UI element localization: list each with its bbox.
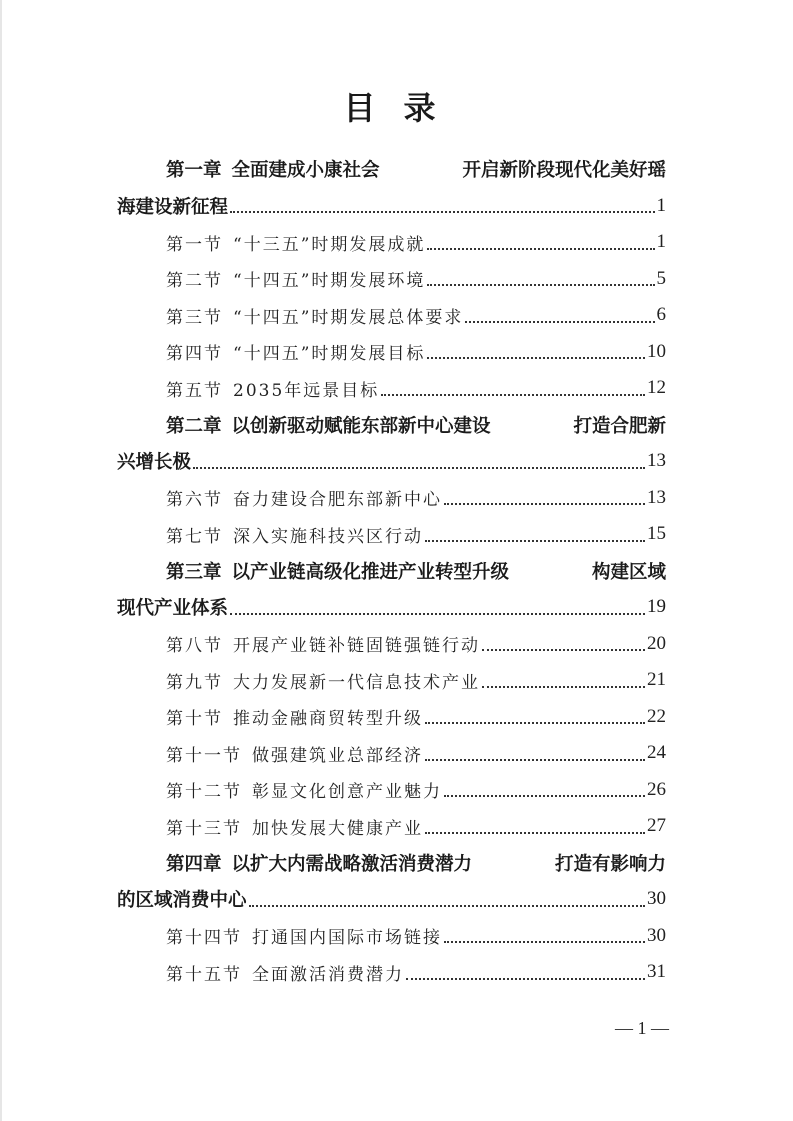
section-number: 第十一节: [166, 741, 242, 766]
toc-section[interactable]: 第三节 “十四五”时期发展总体要求 6: [117, 297, 666, 334]
dot-leader: [482, 685, 645, 688]
page-number: 20: [647, 633, 666, 655]
table-of-contents: 第一章全面建成小康社会 开启新阶段现代化美好瑶 海建设新征程 1 第一节 “十三…: [117, 151, 666, 991]
dot-leader: [425, 539, 645, 542]
toc-section[interactable]: 第七节 深入实施科技兴区行动 15: [117, 516, 666, 553]
page-number: 1: [657, 231, 667, 253]
dot-leader: [425, 758, 645, 761]
page-number: 13: [647, 487, 666, 509]
section-title: 彰显文化创意产业魅力: [252, 777, 442, 802]
chapter-title-wrap: 的区域消费中心: [117, 886, 247, 912]
page-number: 1: [657, 195, 667, 217]
toc-section[interactable]: 第六节 奋力建设合肥东部新中心 13: [117, 480, 666, 517]
chapter-title-wrap: 兴增长极: [117, 448, 191, 474]
toc-chapter-heading[interactable]: 第一章全面建成小康社会 开启新阶段现代化美好瑶: [117, 151, 666, 188]
section-title: 深入实施科技兴区行动: [233, 522, 423, 547]
chapter-title: 以产业链高级化推进产业转型升级: [232, 562, 510, 583]
page-number: 26: [647, 779, 666, 801]
dot-leader: [193, 466, 645, 469]
page-edge: [0, 0, 2, 1121]
toc-chapter-tail[interactable]: 现代产业体系 19: [117, 589, 666, 626]
dot-leader: [482, 648, 645, 651]
section-number: 第三节: [166, 303, 223, 328]
section-number: 第十节: [166, 704, 223, 729]
page-number: 10: [647, 341, 666, 363]
dot-leader: [381, 393, 645, 396]
dot-leader: [425, 721, 645, 724]
toc-chapter-heading[interactable]: 第二章以创新驱动赋能东部新中心建设 打造合肥新: [117, 407, 666, 444]
chapter-title-wrap: 现代产业体系: [117, 594, 228, 620]
dot-leader: [230, 210, 654, 213]
page-number: 24: [647, 742, 666, 764]
dot-leader: [427, 283, 654, 286]
section-number: 第六节: [166, 485, 223, 510]
page-footer-number: — 1 —: [615, 1018, 669, 1039]
page-number: 31: [647, 961, 666, 983]
section-title: 大力发展新一代信息技术产业: [233, 668, 480, 693]
toc-section[interactable]: 第十五节 全面激活消费潜力 31: [117, 954, 666, 991]
dot-leader: [444, 940, 645, 943]
section-number: 第十二节: [166, 777, 242, 802]
chapter-title: 以扩大内需战略激活消费潜力: [232, 854, 473, 875]
toc-section[interactable]: 第二节 “十四五”时期发展环境 5: [117, 261, 666, 298]
toc-section[interactable]: 第十四节 打通国内国际市场链接 30: [117, 918, 666, 955]
dot-leader: [230, 612, 645, 615]
section-number: 第一节: [166, 230, 223, 255]
chapter-title: 以创新驱动赋能东部新中心建设: [232, 416, 491, 437]
section-title: 全面激活消费潜力: [252, 960, 404, 985]
section-title: “十四五”时期发展环境: [233, 266, 425, 291]
section-title: “十四五”时期发展目标: [233, 339, 425, 364]
section-number: 第十四节: [166, 923, 242, 948]
toc-section[interactable]: 第十三节 加快发展大健康产业 27: [117, 808, 666, 845]
section-number: 第四节: [166, 339, 223, 364]
chapter-title-continued: 开启新阶段现代化美好瑶: [462, 156, 666, 182]
toc-chapter-tail[interactable]: 的区域消费中心 30: [117, 881, 666, 918]
dot-leader: [427, 356, 645, 359]
section-title: 加快发展大健康产业: [252, 814, 423, 839]
page-number: 22: [647, 706, 666, 728]
dot-leader: [444, 794, 645, 797]
section-title: 推动金融商贸转型升级: [233, 704, 423, 729]
dot-leader: [465, 320, 654, 323]
page-number: 21: [647, 669, 666, 691]
toc-section[interactable]: 第四节 “十四五”时期发展目标 10: [117, 334, 666, 371]
toc-chapter-heading[interactable]: 第三章以产业链高级化推进产业转型升级 构建区域: [117, 553, 666, 590]
dot-leader: [406, 977, 645, 980]
section-title: 打通国内国际市场链接: [252, 923, 442, 948]
section-title: 2035年远景目标: [233, 376, 379, 401]
section-number: 第二节: [166, 266, 223, 291]
dot-leader: [444, 502, 645, 505]
page-number: 30: [647, 925, 666, 947]
toc-section[interactable]: 第八节 开展产业链补链固链强链行动 20: [117, 626, 666, 663]
page-number: 15: [647, 523, 666, 545]
dot-leader: [425, 831, 645, 834]
chapter-title: 全面建成小康社会: [232, 160, 380, 181]
toc-section[interactable]: 第十二节 彰显文化创意产业魅力 26: [117, 772, 666, 809]
section-number: 第七节: [166, 522, 223, 547]
page-number: 27: [647, 815, 666, 837]
section-title: “十四五”时期发展总体要求: [233, 303, 463, 328]
dot-leader: [427, 247, 654, 250]
section-number: 第十三节: [166, 814, 242, 839]
page-number: 19: [647, 596, 666, 618]
toc-section[interactable]: 第五节 2035年远景目标 12: [117, 370, 666, 407]
section-number: 第五节: [166, 376, 223, 401]
section-title: 做强建筑业总部经济: [252, 741, 423, 766]
toc-section[interactable]: 第一节 “十三五”时期发展成就 1: [117, 224, 666, 261]
chapter-number: 第二章: [166, 416, 222, 437]
section-title: 奋力建设合肥东部新中心: [233, 485, 442, 510]
section-number: 第九节: [166, 668, 223, 693]
toc-chapter-tail[interactable]: 海建设新征程 1: [117, 188, 666, 225]
dot-leader: [249, 904, 645, 907]
section-title: “十三五”时期发展成就: [233, 230, 425, 255]
chapter-number: 第三章: [166, 562, 222, 583]
chapter-number: 第一章: [166, 160, 222, 181]
toc-chapter-tail[interactable]: 兴增长极 13: [117, 443, 666, 480]
chapter-title-continued: 打造有影响力: [555, 850, 666, 876]
chapter-title-wrap: 海建设新征程: [117, 193, 228, 219]
toc-chapter-heading[interactable]: 第四章以扩大内需战略激活消费潜力 打造有影响力: [117, 845, 666, 882]
toc-section[interactable]: 第十节 推动金融商贸转型升级 22: [117, 699, 666, 736]
page-number: 12: [647, 377, 666, 399]
section-number: 第十五节: [166, 960, 242, 985]
chapter-number: 第四章: [166, 854, 222, 875]
section-title: 开展产业链补链固链强链行动: [233, 631, 480, 656]
page-number: 13: [647, 450, 666, 472]
chapter-title-continued: 构建区域: [592, 558, 666, 584]
page-number: 6: [657, 304, 667, 326]
toc-section[interactable]: 第十一节 做强建筑业总部经济 24: [117, 735, 666, 772]
page-title: 目录: [0, 88, 793, 128]
section-number: 第八节: [166, 631, 223, 656]
toc-section[interactable]: 第九节 大力发展新一代信息技术产业 21: [117, 662, 666, 699]
page-number: 30: [647, 888, 666, 910]
chapter-title-continued: 打造合肥新: [573, 412, 666, 438]
page-number: 5: [657, 268, 667, 290]
